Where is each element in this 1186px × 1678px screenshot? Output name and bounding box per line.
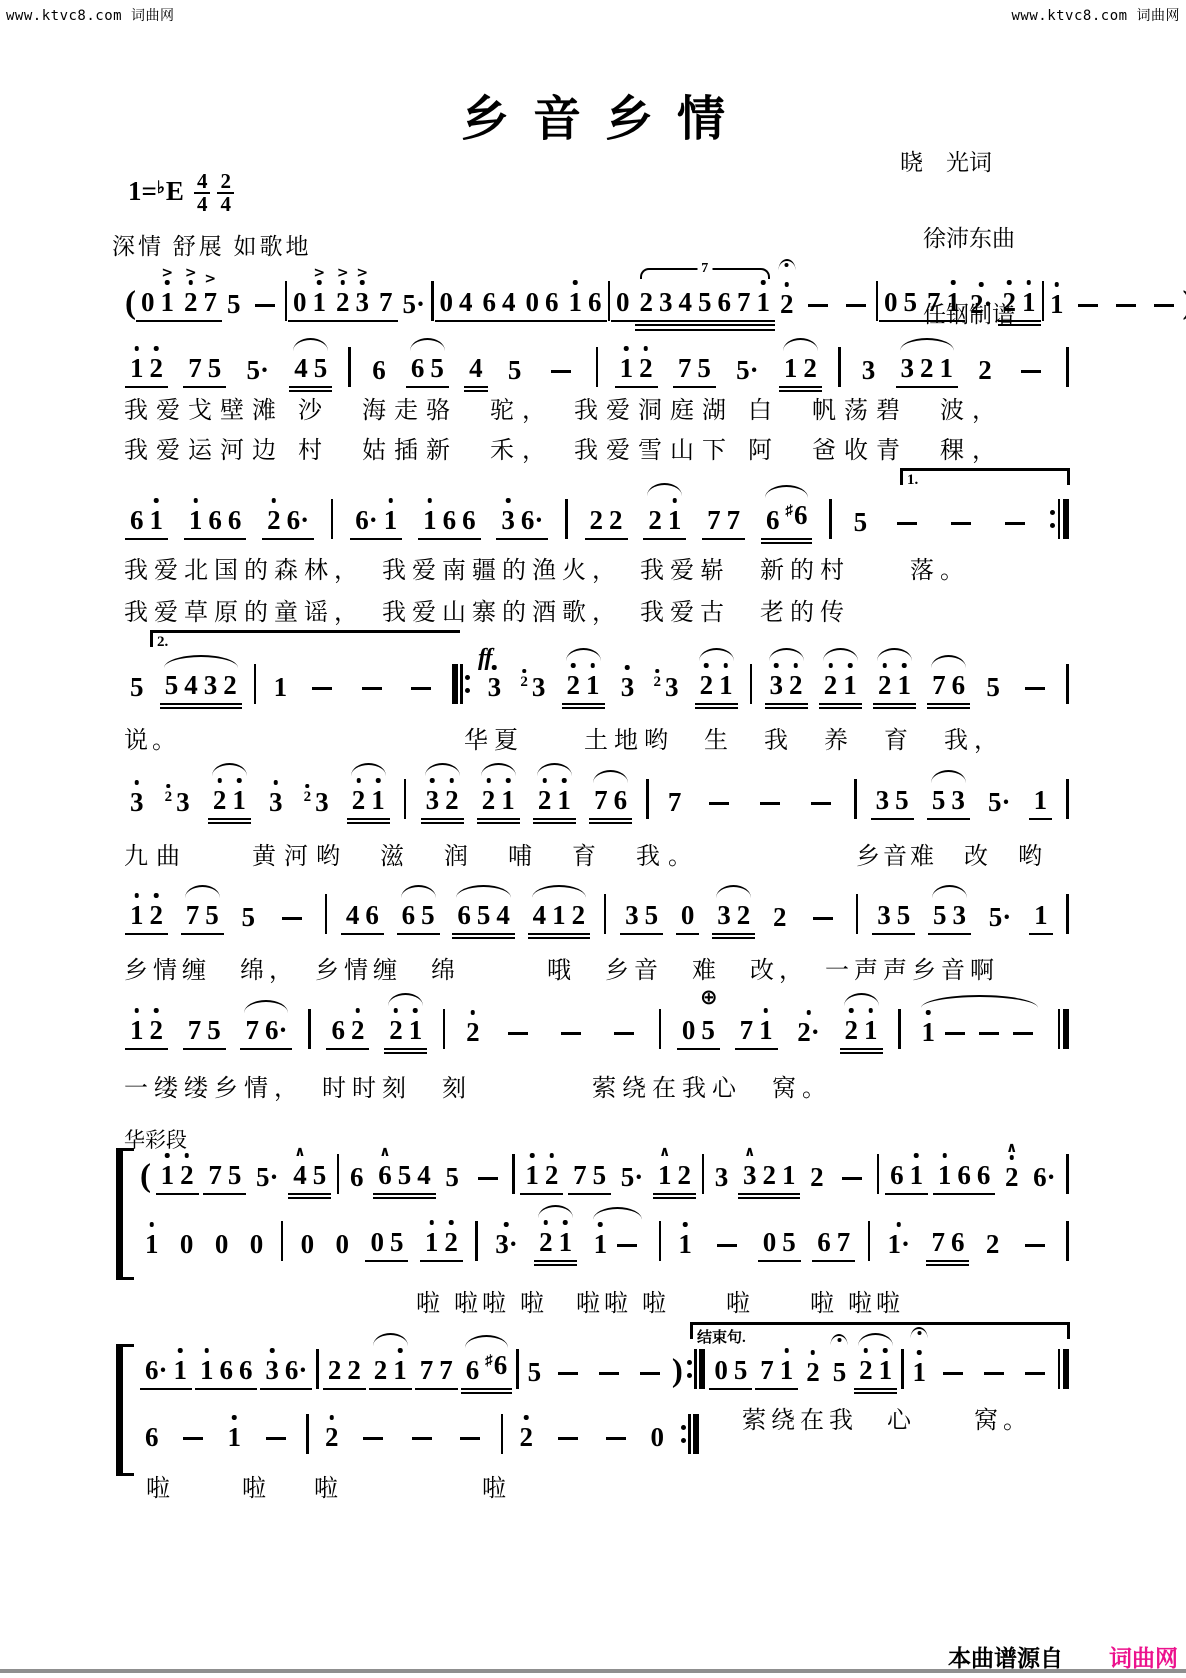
note-digit: 1 [130, 900, 144, 930]
note-digit: 3 [770, 670, 784, 700]
note-digit: 6 [331, 1015, 345, 1045]
slur-arc [538, 1205, 573, 1218]
dash-note [1021, 370, 1041, 374]
note: 3∧ [740, 1161, 760, 1190]
note: 5 [387, 1228, 407, 1257]
note-digit: 5 [228, 1160, 242, 1190]
note: 2 [177, 1161, 197, 1190]
note-group: 5· [241, 354, 274, 388]
note-digit: 2 [352, 785, 366, 815]
note-digit: 1 [130, 1015, 144, 1045]
flat-icon: ♭ [157, 178, 165, 197]
note: 2 [542, 1161, 562, 1190]
note-group: 61 [885, 1159, 928, 1195]
note: 5 [525, 1358, 545, 1387]
octave-dot [330, 1415, 335, 1420]
note: 2 [636, 354, 656, 383]
barline-thin [1058, 1009, 1061, 1049]
note: 5 [205, 354, 225, 383]
note-group [549, 1435, 587, 1456]
slur-arc [244, 1000, 288, 1013]
glyph [465, 688, 470, 693]
note-group [888, 520, 926, 541]
note-group [542, 368, 580, 389]
note-group: 77 [702, 504, 745, 540]
note-digit: 6· [285, 1355, 308, 1385]
note: 6 [715, 288, 735, 317]
barline-thin [608, 281, 611, 321]
note-group [353, 685, 391, 706]
note-group: 2 [320, 1421, 344, 1455]
note: 0 [678, 901, 698, 930]
note: 1 [781, 354, 801, 383]
dash-note [508, 1032, 528, 1036]
note-digit: 5 [734, 1355, 748, 1385]
note-group [1069, 302, 1107, 323]
note: 1 [225, 1423, 245, 1452]
note-digit: 1 [940, 353, 954, 383]
watermark-top-left: www.ktvc8.com 词曲网 [6, 5, 175, 25]
note: 6 [328, 1016, 348, 1045]
octave-dot [979, 282, 984, 287]
note: 3 [622, 901, 642, 930]
note-digit: 5 [895, 785, 909, 815]
octave-dot [135, 893, 140, 898]
note-group: 5 [981, 671, 1005, 705]
octave-dot [724, 663, 729, 668]
note-digit: 5· [403, 289, 426, 319]
barline [687, 1348, 706, 1390]
note-digit: 5 [897, 900, 911, 930]
note-group: 21 [840, 1014, 883, 1050]
note: 2 [587, 506, 607, 535]
note-digit: 2 [737, 900, 751, 930]
barline [254, 663, 257, 705]
note-group: 05 [758, 1226, 801, 1262]
note-group: 75 [203, 1159, 246, 1195]
note-group: 72345671 [635, 286, 776, 322]
octave-dot [270, 1348, 275, 1353]
note-digit: 1 [313, 287, 327, 317]
note-group [833, 1175, 871, 1196]
octave-dot [430, 778, 435, 783]
note-digit: 1 [200, 1355, 214, 1385]
note-digit: 0 [681, 900, 695, 930]
note: 5 [901, 288, 921, 317]
time-signature-24: 24 [217, 171, 234, 215]
note: 6· [518, 506, 547, 535]
note: 0 [298, 1230, 318, 1259]
barline [1066, 778, 1069, 820]
note: 4 [466, 354, 486, 383]
note-digit: 1 [274, 672, 288, 702]
note-group [246, 302, 284, 323]
slur-arc [877, 648, 912, 661]
note-group: 5 [222, 288, 246, 322]
octave-dot [644, 346, 649, 351]
note-digit: 2 [978, 355, 992, 385]
note: 5· [733, 356, 762, 385]
note: 1 [944, 288, 964, 317]
note-digit: 2 [267, 505, 281, 535]
barline-thin [877, 1154, 880, 1194]
octave-dot [398, 1348, 403, 1353]
note-digit: 5· [621, 1162, 644, 1192]
barline [898, 1008, 901, 1050]
note-digit: 2 [986, 1229, 1000, 1259]
note: 1 [840, 671, 860, 700]
note: 3 [873, 786, 893, 815]
dash-note [411, 687, 431, 691]
note-digit: 6 [443, 505, 457, 535]
lyricist: 晓 光词 [900, 150, 992, 175]
tuplet-number: 7 [697, 261, 712, 277]
note-digit: 2· [797, 1017, 820, 1047]
slur-arc [373, 1333, 408, 1346]
note-group: 05 [365, 1226, 408, 1262]
barline [281, 1220, 284, 1262]
note-digit: 3 [621, 672, 635, 702]
note-group [499, 1030, 537, 1051]
slur-arc [425, 763, 460, 776]
dash-note [255, 304, 275, 308]
slur-arc [481, 763, 516, 776]
note: 5 [590, 1161, 610, 1190]
note-digit: 0 [370, 1227, 384, 1257]
note-digit: 1 [620, 353, 634, 383]
note: 2 [734, 901, 754, 930]
octave-dot [237, 778, 242, 783]
note-digit: 5 [508, 355, 522, 385]
note: 0 [679, 1016, 699, 1045]
octave-dot [193, 498, 198, 503]
note-digit: 3 [862, 355, 876, 385]
note-digit: 5 [390, 1227, 404, 1257]
barline [516, 1348, 519, 1390]
note-group: 36· [260, 1354, 312, 1390]
note-group: 6 [367, 354, 391, 388]
glyph [687, 1373, 692, 1378]
note-digit: 6 [411, 353, 425, 383]
barline-thin [512, 1154, 515, 1194]
sharp-icon: ♯ [485, 1353, 493, 1369]
note-digit: 6 [890, 1160, 904, 1190]
octave-dot [598, 1222, 603, 1227]
barline [443, 1008, 446, 1050]
note-digit: 0 [884, 287, 898, 317]
note-digit: 4 [346, 900, 360, 930]
parenthesis: ) [1183, 284, 1186, 322]
note-group [273, 915, 311, 936]
octave-dot [897, 1222, 902, 1227]
barline [1066, 1153, 1069, 1195]
note-group [354, 1435, 392, 1456]
note-group [451, 1435, 489, 1456]
note: 5· [253, 1163, 282, 1192]
note-digit: 2 [444, 1227, 458, 1257]
octave-dot [178, 1348, 183, 1353]
note-group [934, 1370, 972, 1391]
lyrics-line-3: 我爱北国的森林， 我爱南疆的渔火， 我爱崭 新的村 落。 [124, 550, 970, 585]
note: 2 [917, 354, 937, 383]
note: 3 [266, 788, 286, 817]
note-digit: 6 [462, 505, 476, 535]
note-group: 0 [676, 899, 700, 935]
barline-thin [829, 499, 832, 539]
note-group: 5 [849, 506, 873, 540]
note-digit: 2 [648, 505, 662, 535]
lyrics-line-6: 华夏 土地哟 生 我 养 育 我， [464, 720, 1004, 755]
note-digit: 1 [150, 505, 164, 535]
note-digit: 6· [521, 505, 544, 535]
watermark-top-right: www.ktvc8.com 词曲网 [1011, 5, 1180, 25]
note-digit: 1 [1050, 289, 1064, 319]
note-digit: 3 [953, 900, 967, 930]
note-group: 3 [857, 354, 881, 388]
glyph [1050, 510, 1055, 515]
note-digit: 1 [594, 1229, 608, 1259]
dash-note [1005, 522, 1025, 526]
dash-note [979, 1032, 999, 1036]
slur-arc [593, 770, 628, 783]
barline [1058, 1008, 1069, 1050]
note-group: 5 [237, 901, 261, 935]
note-digit: 4 [496, 900, 510, 930]
barline-thin [1042, 281, 1045, 321]
barline [325, 893, 328, 935]
note-digit: 7 [379, 287, 393, 317]
note-digit: 2 [347, 1355, 361, 1385]
dash-note [1154, 304, 1174, 308]
note: 1 [197, 1356, 217, 1385]
octave-dot [625, 665, 630, 670]
octave-dot [624, 346, 629, 351]
note-group: 36· [496, 504, 548, 540]
note-group: 1 [908, 1356, 932, 1390]
note-group: 3 [616, 671, 640, 705]
barline-thin [404, 779, 407, 819]
notation-system-8: (12755·4∧566∧54512755·1∧233∧212611662∧6· [140, 1127, 1070, 1195]
note: 5 [505, 356, 525, 385]
note-digit: 1 [423, 505, 437, 535]
octave-dot [848, 663, 853, 668]
note-group: 64 [478, 286, 521, 322]
slur-arc [769, 648, 804, 661]
note-digit: 6 [951, 1227, 965, 1257]
barline-thin [898, 1009, 901, 1049]
note-group [303, 685, 341, 706]
barline-thick [1063, 1009, 1069, 1049]
note: 2 [325, 1356, 345, 1385]
barline-thin [868, 1221, 871, 1261]
note-group: 0 [245, 1228, 269, 1262]
repeat-dots [465, 664, 470, 704]
note-digit: 0 [301, 1229, 315, 1259]
note-group: 0 [296, 1228, 320, 1262]
notation-system-2: 12755·456654512755·1233212 [125, 320, 1070, 388]
note-group: 45 [289, 352, 332, 388]
note-digit: 2 [609, 505, 623, 535]
note-group: 35 [872, 899, 915, 935]
note-group: 77 [415, 1354, 458, 1390]
note-digit: 2 [150, 1015, 164, 1045]
barline [331, 498, 334, 540]
note: 3 [201, 671, 221, 700]
dash-note [1025, 1372, 1045, 1376]
slur-arc [931, 770, 966, 783]
note-group: 21 [477, 784, 520, 820]
fortissimo-mark: ff [478, 645, 492, 672]
note: 1 [756, 1016, 776, 1045]
note-group: 76 [927, 669, 970, 705]
sharp-icon: ♯ [785, 503, 793, 519]
octave-dot [135, 1008, 140, 1013]
barline [285, 280, 288, 322]
barline-thin [516, 1349, 519, 1389]
note-digit: 1 [782, 1160, 796, 1190]
note-group: 2· [965, 288, 998, 322]
note-group: 23 [301, 786, 334, 820]
note-digit: 1 [393, 1355, 407, 1385]
lyrics-line-2: 我爱运河边 村 姑插新 禾， 我爱雪山下 阿 爸收青 稞， [124, 430, 1004, 465]
volta-tick-right [1067, 1322, 1070, 1339]
note-digit: 3 [876, 785, 890, 815]
barline [1066, 1220, 1069, 1262]
note-digit: 2 [184, 287, 198, 317]
note: 3 [859, 356, 879, 385]
octave-dot [811, 1350, 816, 1355]
note-digit: 2 [845, 1015, 859, 1045]
note-digit: 5 [833, 1357, 847, 1387]
note: 7 [929, 671, 949, 700]
note-digit: 7 [188, 1015, 202, 1045]
note-digit: 5 [933, 900, 947, 930]
note-digit: 5 [698, 287, 712, 317]
note: 1 [876, 1356, 896, 1385]
note-digit: 2 [482, 785, 496, 815]
note-digit: 3 [532, 672, 546, 702]
note-digit: 2 [520, 674, 528, 690]
note: 2 [821, 671, 841, 700]
note-digit: 2 [803, 353, 817, 383]
glyph [687, 1360, 692, 1365]
note-digit: 3 [501, 505, 515, 535]
slur-arc [699, 648, 734, 661]
note-group: 23 [650, 671, 683, 705]
note: 6 [949, 671, 969, 700]
note-digit: 6 [483, 287, 497, 317]
glyph [681, 1425, 686, 1430]
note: ♯6 [782, 501, 810, 535]
note-group: 61 [125, 504, 168, 540]
note: 2 [348, 1016, 368, 1045]
notation-system-7: 127576·6221205712·211 [125, 982, 1070, 1050]
note-group [1016, 1242, 1054, 1263]
bottom-rule [0, 1669, 1186, 1673]
note-group: 21 [695, 669, 738, 705]
note: 7 [704, 506, 724, 535]
note: 1 [556, 1228, 576, 1257]
note-digit: 7 [737, 287, 751, 317]
barline-thin [325, 894, 328, 934]
note: 3 [712, 1163, 732, 1192]
note-group: 21 [562, 669, 605, 705]
note-digit: 1 [1034, 785, 1048, 815]
note-group [942, 520, 980, 541]
note-digit: 2· [970, 289, 993, 319]
note: 4 [291, 354, 311, 383]
note-digit: 4 [294, 353, 308, 383]
note: 3 [767, 671, 787, 700]
octave-dot [376, 778, 381, 783]
note-digit: 0 [616, 287, 630, 317]
note-digit: 1 [947, 287, 961, 317]
slur-arc [293, 338, 328, 351]
barline [608, 280, 611, 322]
note-group: 65 [397, 899, 440, 935]
note: 4 [493, 901, 513, 930]
note-group: 04 [435, 286, 478, 322]
note: 6 [408, 354, 428, 383]
lyrics-line-4: 我爱草原的童谣， 我爱山寨的酒歌， 我爱古 老的传 [124, 592, 850, 627]
note-digit: 5 [130, 672, 144, 702]
volta-tick-left [690, 1322, 693, 1339]
note-digit: 2 [567, 670, 581, 700]
glyph [681, 1438, 686, 1443]
note: 2 [842, 1016, 862, 1045]
volta-label: 结束句. [697, 1326, 746, 1347]
barline-thick [693, 1414, 699, 1454]
note: 5 [983, 673, 1003, 702]
note-digit: 6 [378, 1160, 392, 1190]
note: 5 [310, 1161, 330, 1190]
note: 2 [536, 1228, 556, 1257]
note: 1 [171, 1356, 191, 1385]
note-group: 5· [731, 354, 764, 388]
barline [348, 346, 351, 388]
note-group: 3 [483, 671, 507, 705]
note-group: 21 [208, 784, 251, 820]
grace-note: 2 [652, 674, 662, 690]
note-group: 76 [589, 784, 632, 820]
barline [646, 778, 649, 820]
note-digit: 6 [766, 505, 780, 535]
note: 1 [1019, 288, 1039, 317]
note: 1 [894, 671, 914, 700]
note-digit: 1 [757, 287, 771, 317]
octave-dot [655, 669, 659, 673]
note-group: 01> [288, 286, 331, 322]
note: 6 [542, 288, 562, 317]
note-digit: 1 [938, 1160, 952, 1190]
note-digit: 6 [145, 1422, 159, 1452]
accent-icon: > [161, 265, 173, 281]
octave-dot [563, 1220, 568, 1225]
note-digit: 1 [897, 670, 911, 700]
note-digit: 7 [420, 1355, 434, 1385]
note-digit: 7 [186, 900, 200, 930]
dash-note [760, 802, 780, 806]
dash-note [478, 1177, 498, 1181]
note: 1 [675, 1230, 695, 1259]
note: 5 [395, 1161, 415, 1190]
note-group: 12 [125, 1014, 168, 1050]
note-group: 75 [183, 1014, 226, 1050]
note-digit: 1 [922, 1017, 936, 1047]
note-digit: 7 [837, 1227, 851, 1257]
note: 6 [362, 901, 382, 930]
note-group: 22 [323, 1354, 366, 1390]
